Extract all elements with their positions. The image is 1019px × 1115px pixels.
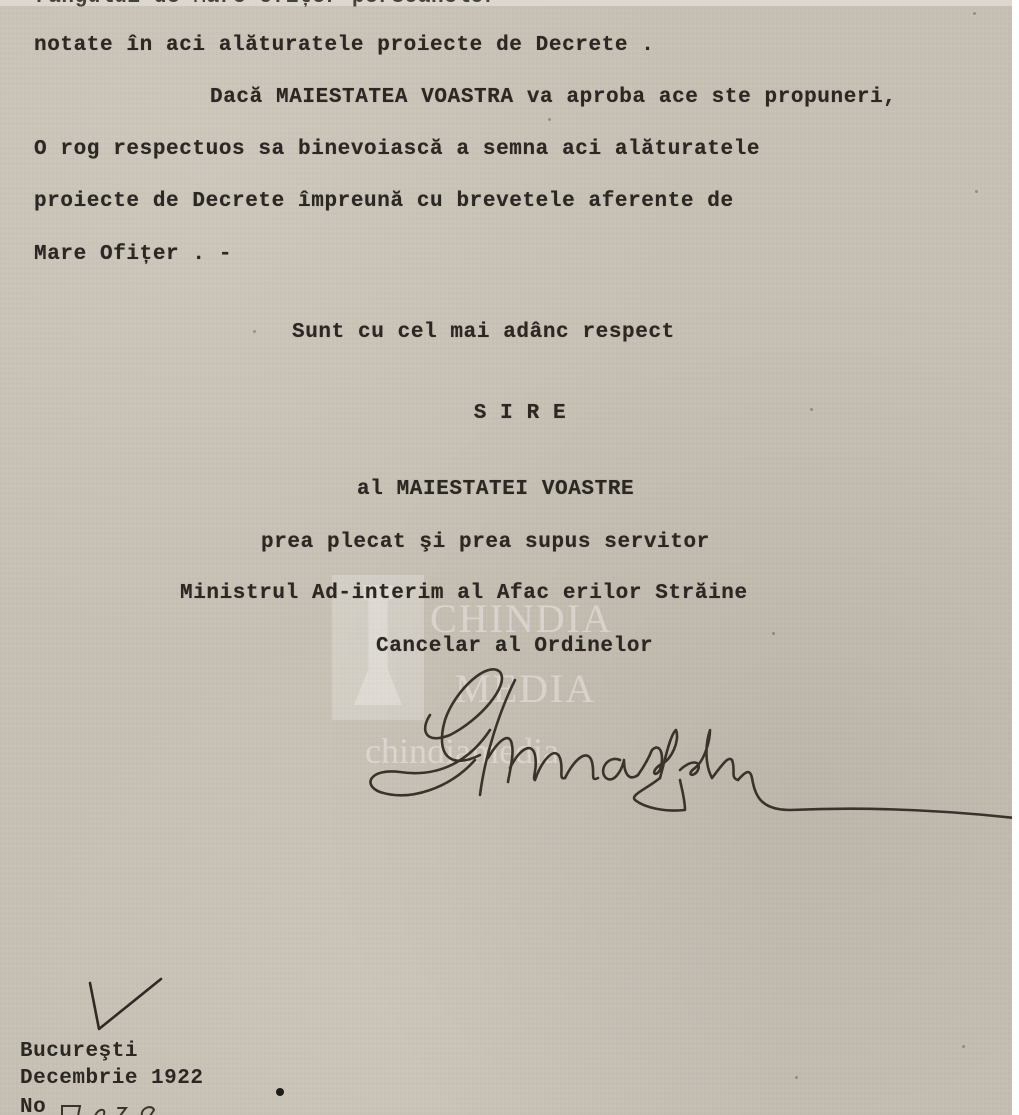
closing-title-2: Cancelar al Ordinelor [376, 635, 653, 658]
partial-top-line: rangului de Mare Ofițer persoanelor [35, 0, 497, 9]
body-line-1: notate în aci alăturatele proiecte de De… [34, 34, 655, 57]
footer-period-mark [276, 1088, 284, 1096]
paper-speck [973, 12, 976, 15]
body-line-2: Dacă MAIESTATEA VOASTRA va aproba ace st… [210, 86, 897, 109]
closing-line-1: al MAIESTATEI VOASTRE [357, 478, 634, 501]
document-page: rangului de Mare Ofițer persoanelor CHIN… [0, 0, 1012, 1115]
handwritten-checkmark-icon [85, 975, 165, 1035]
paper-speck [962, 1045, 965, 1048]
closing-salutation: Sunt cu cel mai adânc respect [292, 321, 675, 344]
paper-speck [795, 1076, 798, 1079]
closing-address: S I R E [14, 402, 1012, 425]
paper-speck [810, 408, 813, 411]
footer-place: Bucureşti [20, 1040, 138, 1063]
body-line-5: Mare Ofițer . - [34, 243, 232, 266]
paper-speck [772, 632, 775, 635]
handwritten-signature [360, 660, 1012, 830]
paper-speck [253, 330, 256, 333]
closing-line-2: prea plecat şi prea supus servitor [261, 531, 710, 554]
paper-speck [975, 190, 978, 193]
footer-date: Decembrie 1922 [20, 1067, 203, 1090]
paper-speck [548, 118, 551, 121]
body-line-4: proiecte de Decrete împreună cu brevetel… [34, 190, 734, 213]
body-line-3: O rog respectuos sa binevoiască a semna … [34, 138, 760, 161]
closing-title-1: Ministrul Ad-interim al Afac erilor Stră… [180, 582, 748, 605]
footer-number-prefix: No [20, 1096, 46, 1115]
handwritten-document-number [60, 1102, 170, 1115]
